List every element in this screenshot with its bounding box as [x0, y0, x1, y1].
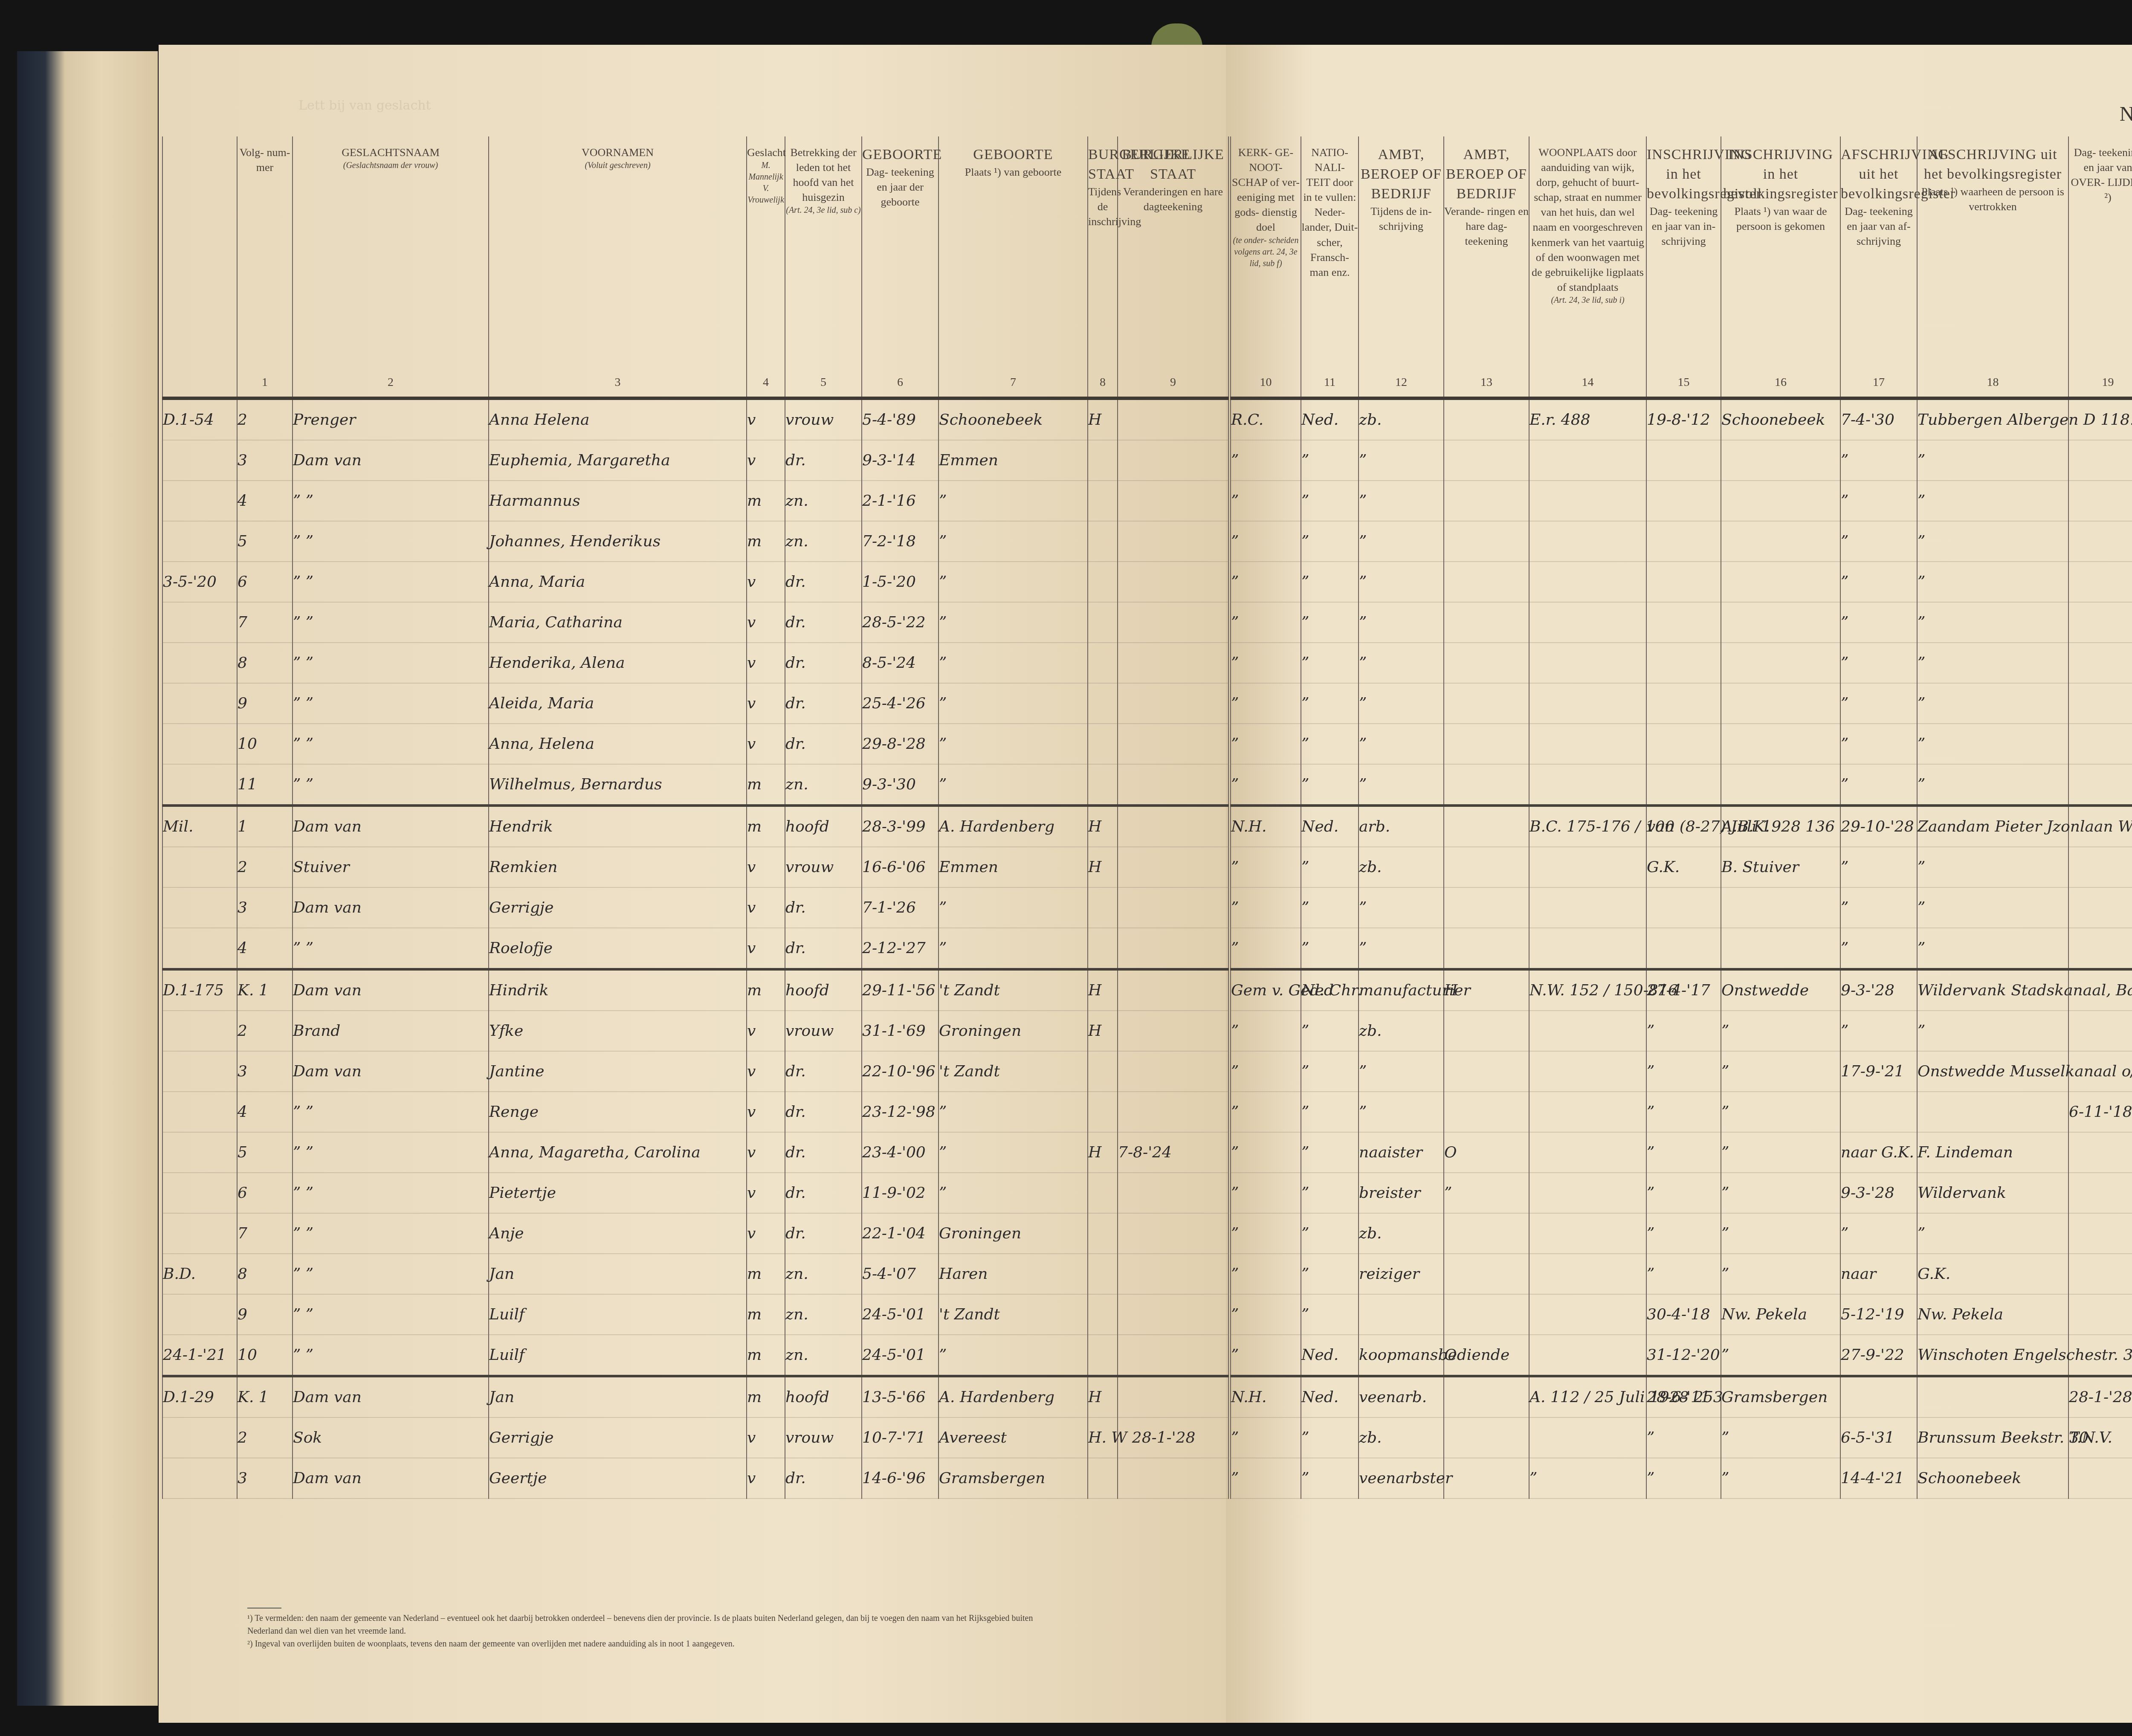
margin-note — [162, 1051, 237, 1092]
cell-c11: ” — [1301, 764, 1359, 806]
cell-c19 — [2068, 683, 2132, 724]
table-row: 4” ”Roelofjevdr.2-12-'27” — [162, 928, 1228, 969]
cell-c13 — [1444, 1376, 1529, 1417]
cell-c11: Ned. — [1301, 806, 1359, 847]
column-number: 10 — [1231, 374, 1301, 391]
cell-c8: H — [1088, 847, 1118, 887]
table-row: ”””””” — [1231, 602, 2132, 643]
header-margin — [162, 136, 237, 398]
cell-c3: Roelofje — [489, 928, 747, 969]
cell-c3: Anje — [489, 1213, 747, 1254]
cell-c12: zb. — [1359, 1417, 1444, 1458]
margin-note — [162, 1092, 237, 1132]
cell-c4: v — [747, 643, 785, 683]
cell-c18: ” — [1917, 1213, 2068, 1254]
cell-c6: 14-6-'96 — [862, 1458, 939, 1498]
margin-note — [162, 602, 237, 643]
cell-c12: veenarb. — [1359, 1376, 1444, 1417]
cell-c8 — [1088, 1458, 1118, 1498]
cell-c16: ” — [1721, 1335, 1840, 1376]
cell-c7: Gramsbergen — [939, 1458, 1088, 1498]
cell-c4: v — [747, 1011, 785, 1051]
table-row: D.1-175K. 1Dam vanHindrikmhoofd29-11-'56… — [162, 969, 1228, 1011]
cell-c7: ” — [939, 928, 1088, 969]
cell-c2: ” ” — [293, 481, 489, 521]
column-group-label: GEBOORTE — [862, 145, 938, 165]
cell-c15: 27-4-'17 — [1646, 969, 1721, 1011]
column-header-16: INSCHRIJVING in het bevolkingsregisterPl… — [1721, 136, 1840, 398]
cell-c15 — [1646, 481, 1721, 521]
cell-c5: zn. — [785, 1254, 862, 1294]
margin-note: 24-1-'21 — [162, 1335, 237, 1376]
cell-c16 — [1721, 764, 1840, 806]
cell-c4: m — [747, 521, 785, 562]
cell-c3: Aleida, Maria — [489, 683, 747, 724]
cell-c1: 3 — [237, 1051, 293, 1092]
cell-c3: Anna, Helena — [489, 724, 747, 764]
cell-c19 — [2068, 847, 2132, 887]
cell-c4: m — [747, 1335, 785, 1376]
cell-c15: 30-4-'18 — [1646, 1294, 1721, 1335]
cell-c5: hoofd — [785, 806, 862, 847]
cell-c2: ” ” — [293, 683, 489, 724]
cell-c8 — [1088, 643, 1118, 683]
cell-c6: 22-10-'96 — [862, 1051, 939, 1092]
cell-c14 — [1529, 1213, 1646, 1254]
cell-c15: ” — [1646, 1132, 1721, 1173]
cell-c4: v — [747, 1417, 785, 1458]
column-header-19: Dag- teekening en jaar van OVER- LIJDEN … — [2068, 136, 2132, 398]
cell-c12: ” — [1359, 928, 1444, 969]
cell-c13 — [1444, 1458, 1529, 1498]
cell-c12: ” — [1359, 481, 1444, 521]
column-label: NATIO- NALI- TEIT door in te vullen: Ned… — [1301, 145, 1358, 280]
cell-c7: 't Zandt — [939, 1051, 1088, 1092]
column-sublabel: (Art. 24, 3e lid, sub c) — [785, 205, 861, 216]
column-number: 14 — [1529, 374, 1646, 391]
cell-c18 — [1917, 1376, 2068, 1417]
cell-c14: A. 112 / 25 Juli 1928 253 — [1529, 1376, 1646, 1417]
cell-c8 — [1088, 1254, 1118, 1294]
column-header-17: AFSCHRIJVING uit het bevolkingsregisterD… — [1840, 136, 1917, 398]
cell-c17: 6-5-'31 — [1840, 1417, 1917, 1458]
cell-c13 — [1444, 806, 1529, 847]
cell-c6: 22-1-'04 — [862, 1213, 939, 1254]
cell-c11: ” — [1301, 440, 1359, 481]
footnotes: ¹) Te vermelden: den naam der gemeente v… — [247, 1608, 1057, 1650]
column-number: 7 — [939, 374, 1087, 391]
cell-c14 — [1529, 643, 1646, 683]
cell-c3: Harmannus — [489, 481, 747, 521]
cell-c8 — [1088, 481, 1118, 521]
cell-c10: R.C. — [1231, 398, 1301, 440]
margin-note — [162, 847, 237, 887]
cell-c19 — [2068, 1294, 2132, 1335]
footnote-1: ¹) Te vermelden: den naam der gemeente v… — [247, 1612, 1057, 1637]
cell-c12: koopmansbediende — [1359, 1335, 1444, 1376]
cell-c11: ” — [1301, 1213, 1359, 1254]
column-header-6: GEBOORTEDag- teekening en jaar der geboo… — [862, 136, 939, 398]
cell-c16: Schoonebeek — [1721, 398, 1840, 440]
cell-c10: ” — [1231, 764, 1301, 806]
cell-c3: Wilhelmus, Bernardus — [489, 764, 747, 806]
cell-c16 — [1721, 602, 1840, 643]
margin-note — [162, 724, 237, 764]
cell-c4: m — [747, 481, 785, 521]
cell-c9 — [1118, 440, 1228, 481]
cell-c6: 24-5-'01 — [862, 1335, 939, 1376]
cell-c8 — [1088, 1092, 1118, 1132]
cell-c3: Johannes, Henderikus — [489, 521, 747, 562]
cell-c14 — [1529, 1254, 1646, 1294]
cell-c1: K. 1 — [237, 969, 293, 1011]
cell-c17: 17-9-'21 — [1840, 1051, 1917, 1092]
column-sublabel: (te onder- scheiden volgens art. 24, 3e … — [1231, 235, 1301, 270]
cell-c17: naar G.K. — [1840, 1132, 1917, 1173]
column-label: Volg- num- mer — [238, 145, 292, 175]
cell-c8 — [1088, 1294, 1118, 1335]
column-label: Plaats ¹) van waar de persoon is gekomen — [1721, 204, 1840, 234]
cell-c1: 6 — [237, 1173, 293, 1213]
register-table-left: Volg- num- mer1GESLACHTSNAAM(Geslachtsna… — [162, 136, 1229, 1499]
column-sublabel: (Geslachtsnaam der vrouw) — [293, 160, 488, 171]
cell-c2: ” ” — [293, 602, 489, 643]
cell-c6: 10-7-'71 — [862, 1417, 939, 1458]
margin-note — [162, 1173, 237, 1213]
column-number: 16 — [1721, 374, 1840, 391]
cell-c13 — [1444, 683, 1529, 724]
cell-c1: 11 — [237, 764, 293, 806]
cell-c16: ” — [1721, 1092, 1840, 1132]
cell-c18: ” — [1917, 847, 2068, 887]
table-row: ”””””” — [1231, 562, 2132, 602]
cell-c13 — [1444, 928, 1529, 969]
cell-c8 — [1088, 683, 1118, 724]
cell-c1: 3 — [237, 440, 293, 481]
cell-c12: ” — [1359, 440, 1444, 481]
cell-c13 — [1444, 1254, 1529, 1294]
cell-c19: 28-1-'28 — [2068, 1376, 2132, 1417]
cell-c3: Hendrik — [489, 806, 747, 847]
margin-note: D.1-175 — [162, 969, 237, 1011]
cell-c19 — [2068, 1213, 2132, 1254]
column-group-label: AFSCHRIJVING uit het bevolkingsregister — [1918, 145, 2068, 184]
cell-c4: m — [747, 1376, 785, 1417]
cell-c1: K. 1 — [237, 1376, 293, 1417]
column-number: 8 — [1088, 374, 1117, 391]
faint-header-text: Lett bij van geslacht — [298, 98, 431, 113]
column-number: 9 — [1118, 374, 1228, 391]
column-label: GESLACHTSNAAM — [293, 145, 488, 160]
cell-c2: ” ” — [293, 1335, 489, 1376]
cell-c5: vrouw — [785, 1011, 862, 1051]
cell-c10: ” — [1231, 521, 1301, 562]
cell-c3: Remkien — [489, 847, 747, 887]
cell-c8 — [1088, 1173, 1118, 1213]
cell-c1: 4 — [237, 928, 293, 969]
cell-c9 — [1118, 847, 1228, 887]
cell-c6: 23-4-'00 — [862, 1132, 939, 1173]
cell-c7: Groningen — [939, 1213, 1088, 1254]
cell-c5: vrouw — [785, 1417, 862, 1458]
cell-c18: Brunssum Beekstr. 30 — [1917, 1417, 2068, 1458]
cell-c9 — [1118, 1092, 1228, 1132]
column-group-label: AFSCHRIJVING uit het bevolkingsregister — [1841, 145, 1917, 204]
cell-c14 — [1529, 481, 1646, 521]
cell-c12: ” — [1359, 683, 1444, 724]
cell-c7: ” — [939, 764, 1088, 806]
cell-c14: ” — [1529, 1458, 1646, 1498]
cell-c13 — [1444, 643, 1529, 683]
cell-c4: m — [747, 764, 785, 806]
cell-c17: ” — [1840, 724, 1917, 764]
cell-c15 — [1646, 440, 1721, 481]
cell-c3: Jan — [489, 1376, 747, 1417]
cell-c1: 9 — [237, 683, 293, 724]
cell-c14 — [1529, 887, 1646, 928]
cell-c6: 29-11-'56 — [862, 969, 939, 1011]
margin-note — [162, 440, 237, 481]
cell-c14 — [1529, 928, 1646, 969]
column-number: 5 — [785, 374, 861, 391]
cell-c17: naar — [1840, 1254, 1917, 1294]
cell-c7: A. Hardenberg — [939, 1376, 1088, 1417]
cell-c15 — [1646, 683, 1721, 724]
cell-c11: ” — [1301, 1458, 1359, 1498]
table-row: N.H.Ned.veenarb.A. 112 / 25 Juli 1928 25… — [1231, 1376, 2132, 1417]
cell-c14 — [1529, 764, 1646, 806]
cell-c6: 28-3-'99 — [862, 806, 939, 847]
cell-c1: 2 — [237, 1011, 293, 1051]
table-row: 10” ”Anna, Helenavdr.29-8-'28” — [162, 724, 1228, 764]
cell-c8: H — [1088, 1132, 1118, 1173]
cell-c14 — [1529, 724, 1646, 764]
cell-c17: ” — [1840, 683, 1917, 724]
cell-c12: ” — [1359, 887, 1444, 928]
margin-note — [162, 643, 237, 683]
table-row: ””zb.””””” — [1231, 1213, 2132, 1254]
cell-c9 — [1118, 398, 1228, 440]
column-header-15: INSCHRIJVING in het bevolkingsregisterDa… — [1646, 136, 1721, 398]
cell-c16 — [1721, 481, 1840, 521]
cell-c16 — [1721, 562, 1840, 602]
cell-c8 — [1088, 1051, 1118, 1092]
cell-c6: 2-1-'16 — [862, 481, 939, 521]
cell-c6: 24-5-'01 — [862, 1294, 939, 1335]
cell-c19 — [2068, 440, 2132, 481]
table-row: ”””””” — [1231, 440, 2132, 481]
cell-c4: v — [747, 1051, 785, 1092]
column-label: Veranderingen en hare dagteekening — [1118, 184, 1228, 214]
cell-c4: v — [747, 928, 785, 969]
cell-c14: B.C. 175-176 / 100 (8-27) Juli 1928 136 — [1529, 806, 1646, 847]
cell-c11: ” — [1301, 1294, 1359, 1335]
table-row: ”Ned.koopmansbediendeO31-12-'20”27-9-'22… — [1231, 1335, 2132, 1376]
cell-c14 — [1529, 1417, 1646, 1458]
cell-c9 — [1118, 1376, 1228, 1417]
cell-c2: Sok — [293, 1417, 489, 1458]
column-label: Geslacht — [747, 145, 785, 160]
cell-c2: Dam van — [293, 440, 489, 481]
cell-c1: 8 — [237, 1254, 293, 1294]
cell-c7: ” — [939, 887, 1088, 928]
margin-note — [162, 1417, 237, 1458]
cell-c6: 5-4-'89 — [862, 398, 939, 440]
cell-c3: Maria, Catharina — [489, 602, 747, 643]
cell-c5: dr. — [785, 562, 862, 602]
cell-c2: Stuiver — [293, 847, 489, 887]
cell-c18: G.K. — [1917, 1254, 2068, 1294]
column-number: 15 — [1647, 374, 1721, 391]
cell-c5: hoofd — [785, 969, 862, 1011]
cell-c1: 1 — [237, 806, 293, 847]
table-row: ”””””” — [1231, 643, 2132, 683]
cell-c7: A. Hardenberg — [939, 806, 1088, 847]
cell-c6: 11-9-'02 — [862, 1173, 939, 1213]
cell-c8: H. W 28-1-'28 — [1088, 1417, 1118, 1458]
cell-c16 — [1721, 643, 1840, 683]
cell-c18: Wildervank Stadskanaal, Barkelosch. — [1917, 969, 2068, 1011]
cell-c14 — [1529, 1294, 1646, 1335]
cell-c2: Brand — [293, 1011, 489, 1051]
cell-c9 — [1118, 1213, 1228, 1254]
cell-c9 — [1118, 1173, 1228, 1213]
column-label: Dag- teekening en jaar van af- schrijvin… — [1841, 204, 1917, 249]
cell-c4: v — [747, 398, 785, 440]
table-row: ”””””6-11-'18” — [1231, 1092, 2132, 1132]
cell-c14 — [1529, 1092, 1646, 1132]
table-row: N.H.Ned.arb.B.C. 175-176 / 100 (8-27) Ju… — [1231, 806, 2132, 847]
cell-c6: 5-4-'07 — [862, 1254, 939, 1294]
cell-c2: Prenger — [293, 398, 489, 440]
cell-c11: ” — [1301, 1173, 1359, 1213]
margin-note — [162, 521, 237, 562]
cell-c6: 1-5-'20 — [862, 562, 939, 602]
cell-c13 — [1444, 847, 1529, 887]
margin-note — [162, 1132, 237, 1173]
cell-c17: ” — [1840, 481, 1917, 521]
cell-c11: ” — [1301, 1132, 1359, 1173]
cell-c9 — [1118, 928, 1228, 969]
cell-c4: v — [747, 887, 785, 928]
cell-c2: ” ” — [293, 1213, 489, 1254]
cell-c2: Dam van — [293, 969, 489, 1011]
cell-c3: Jantine — [489, 1051, 747, 1092]
cell-c10: N.H. — [1231, 806, 1301, 847]
cell-c2: ” ” — [293, 764, 489, 806]
cell-c15: ” — [1646, 1011, 1721, 1051]
column-label: Dag- teekening en jaar van in- schrijvin… — [1647, 204, 1721, 249]
margin-note — [162, 1011, 237, 1051]
cell-c13 — [1444, 1294, 1529, 1335]
cell-c3: Euphemia, Margaretha — [489, 440, 747, 481]
cell-c2: ” ” — [293, 1173, 489, 1213]
column-label: Plaats ¹) waarheen de persoon is vertrok… — [1918, 184, 2068, 214]
cell-c3: Hindrik — [489, 969, 747, 1011]
cell-c4: m — [747, 806, 785, 847]
sheet-number-label: Nummer van het blad — [2120, 102, 2132, 126]
cell-c11: Ned. — [1301, 1335, 1359, 1376]
cell-c1: 6 — [237, 562, 293, 602]
cell-c16 — [1721, 521, 1840, 562]
cell-c16: Onstwedde — [1721, 969, 1840, 1011]
cell-c11: ” — [1301, 1011, 1359, 1051]
cell-c14 — [1529, 521, 1646, 562]
cell-c17: 5-12-'19 — [1840, 1294, 1917, 1335]
cell-c13 — [1444, 724, 1529, 764]
cell-c15: 31-12-'20 — [1646, 1335, 1721, 1376]
cell-c19 — [2068, 521, 2132, 562]
cell-c19 — [2068, 481, 2132, 521]
cell-c3: Gerrigje — [489, 887, 747, 928]
cell-c15: 28-6-'11 — [1646, 1376, 1721, 1417]
cell-c8 — [1088, 928, 1118, 969]
table-row: B.D.8” ”Janmzn.5-4-'07Haren — [162, 1254, 1228, 1294]
cell-c18: Nw. Pekela — [1917, 1294, 2068, 1335]
cell-c6: 2-12-'27 — [862, 928, 939, 969]
cell-c14 — [1529, 1132, 1646, 1173]
cell-c17: ” — [1840, 562, 1917, 602]
column-sublabel: M. Mannelijk V. Vrouwelijk — [747, 160, 785, 206]
cell-c13 — [1444, 1092, 1529, 1132]
column-number: 11 — [1301, 374, 1358, 391]
cell-c1: 9 — [237, 1294, 293, 1335]
cell-c5: dr. — [785, 928, 862, 969]
cell-c15 — [1646, 521, 1721, 562]
cell-c9 — [1118, 806, 1228, 847]
cell-c10: ” — [1231, 602, 1301, 643]
column-header-3: VOORNAMEN(Voluit geschreven)3 — [489, 136, 747, 398]
cell-c2: ” ” — [293, 724, 489, 764]
cell-c9 — [1118, 643, 1228, 683]
cell-c4: v — [747, 724, 785, 764]
cell-c17: ” — [1840, 764, 1917, 806]
cell-c6: 16-6-'06 — [862, 847, 939, 887]
cell-c13: O — [1444, 1132, 1529, 1173]
cell-c16: ” — [1721, 1011, 1840, 1051]
cell-c8 — [1088, 1213, 1118, 1254]
cell-c5: zn. — [785, 1294, 862, 1335]
cell-c3: Yfke — [489, 1011, 747, 1051]
cell-c19 — [2068, 1132, 2132, 1173]
cell-c4: v — [747, 847, 785, 887]
cell-c18: ” — [1917, 1011, 2068, 1051]
cell-c6: 28-5-'22 — [862, 602, 939, 643]
table-row: 11” ”Wilhelmus, Bernardusmzn.9-3-'30” — [162, 764, 1228, 806]
cell-c5: vrouw — [785, 847, 862, 887]
margin-note — [162, 683, 237, 724]
cell-c9 — [1118, 969, 1228, 1011]
cell-c6: 9-3-'30 — [862, 764, 939, 806]
cell-c8 — [1088, 440, 1118, 481]
margin-note — [162, 764, 237, 806]
column-group-label: BURGERLIJKE STAAT — [1088, 145, 1117, 184]
cell-c13 — [1444, 887, 1529, 928]
cell-c16: B. Stuiver — [1721, 847, 1840, 887]
cell-c5: dr. — [785, 643, 862, 683]
cell-c10: Gem v. Ged. Chr. — [1231, 969, 1301, 1011]
cell-c5: dr. — [785, 1173, 862, 1213]
cell-c10: ” — [1231, 1417, 1301, 1458]
margin-note — [162, 1213, 237, 1254]
cell-c15: ” — [1646, 1173, 1721, 1213]
cell-c2: ” ” — [293, 562, 489, 602]
cell-c17 — [1840, 1092, 1917, 1132]
cell-c10: ” — [1231, 887, 1301, 928]
cell-c2: Dam van — [293, 1376, 489, 1417]
cell-c12: arb. — [1359, 806, 1444, 847]
cell-c5: dr. — [785, 724, 862, 764]
